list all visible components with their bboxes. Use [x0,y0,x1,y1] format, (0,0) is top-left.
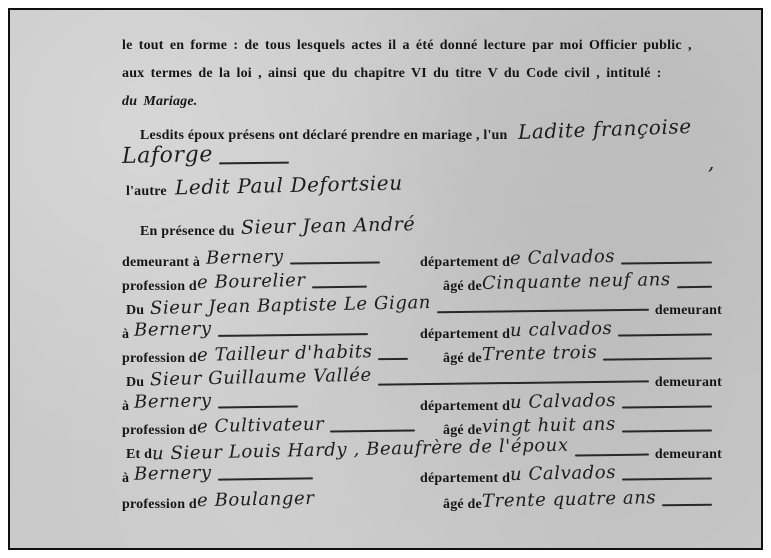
hand-stroke [662,503,712,506]
spouse2-name-handwriting: Ledit Paul Defortsieu [175,171,403,200]
hand-stroke [622,405,712,408]
witness1-age-handwriting: Cinquante neuf ans [482,269,671,294]
hand-stroke [218,405,298,408]
profession-label: profession d [122,423,197,439]
witness3-residence-handwriting: Bernery [134,390,212,413]
presence-label: En présence du [140,224,235,240]
spouse1-comma-handwriting: , [708,150,714,174]
document-scan: le tout en forme : de tous lesquels acte… [8,8,763,550]
witness3-name-line: Du Sieur Guillaume Vallée demeurant [126,370,722,396]
witness1-departement-handwriting: e Calvados [510,246,616,269]
declaration-label: Lesdits époux présens ont déclaré prendr… [140,128,508,143]
witness4-age-handwriting: Trente quatre ans [482,487,657,512]
a-label: à [122,327,129,343]
departement-label: département d [420,255,510,271]
spouse1-surname-handwriting: Laforge [122,142,213,169]
age-label: âgé de [443,279,482,295]
witness2-profession-handwriting: e Tailleur d'habits [197,341,373,366]
preamble-line-2: aux termes de la loi , ainsi que du chap… [122,66,662,82]
witness4-profession-handwriting: e Boulanger [197,488,315,511]
profession-label: profession d [122,351,197,367]
hand-stroke [618,333,712,336]
a-label: à [122,471,129,487]
departement-label: département d [420,399,510,415]
witness3-departement-handwriting: u Calvados [510,390,616,413]
departement-label: département d [420,471,510,487]
witness4-profession-line: profession d e Boulanger âgé de Trente q… [122,492,718,518]
hand-stroke [218,477,313,480]
witness3-age-handwriting: vingt huit ans [482,414,616,438]
du-label: Du [126,375,144,391]
hand-stroke [575,453,649,456]
et-d-label: Et d [126,447,152,463]
witness1-profession-handwriting: e Bourelier [197,270,306,293]
witness2-age-handwriting: Trente trois [482,342,598,365]
witness2-name-line: Du Sieur Jean Baptiste Le Gigan demeuran… [126,298,722,324]
witness1-name-handwriting: Sieur Jean André [240,213,415,239]
witness2-residence-handwriting: Bernery [134,318,212,341]
profession-label: profession d [122,279,197,295]
presence-line: En présence du Sieur Jean André [140,218,736,244]
demeurant-label: demeurant [655,375,722,391]
hand-stroke [677,285,712,287]
hand-stroke [312,285,367,288]
demeurant-label: demeurant [655,447,722,463]
age-label: âgé de [443,351,482,367]
spouse1-surname-line: Laforge , [122,148,718,174]
hand-stroke [378,380,649,385]
hand-stroke [378,357,408,359]
hand-stroke [330,429,415,432]
age-label: âgé de [443,497,482,513]
hand-stroke [622,429,712,432]
hand-stroke [622,477,712,480]
witness2-departement-handwriting: u calvados [510,318,613,341]
preamble-line-3: du Mariage. [122,94,198,110]
autre-label: l'autre [126,184,167,200]
witness3-name-handwriting: Sieur Guillaume Vallée [150,365,372,391]
profession-label: profession d [122,497,197,513]
demeurant-a-label: demeurant à [122,255,200,271]
a-label: à [122,399,129,415]
hand-stroke [219,161,289,164]
hand-stroke [603,357,712,360]
hand-stroke [621,261,712,264]
witness4-residence-handwriting: Bernery [134,462,212,485]
witness2-name-handwriting: Sieur Jean Baptiste Le Gigan [150,292,431,319]
hand-stroke [218,333,368,337]
hand-stroke [290,261,380,264]
spouse1-name-handwriting: Ladite françoise [517,114,691,144]
witness3-profession-handwriting: e Cultivateur [197,414,325,438]
departement-label: département d [420,327,510,343]
witness4-departement-handwriting: u Calvados [510,462,616,485]
preamble-line-1: le tout en forme : de tous lesquels acte… [122,38,692,54]
hand-stroke [437,308,649,313]
declaration-line: Lesdits époux présens ont déclaré prendr… [140,120,736,146]
spouse2-line: l'autre Ledit Paul Defortsieu [126,176,722,202]
du-label: Du [126,303,144,319]
witness1-residence-handwriting: Bernery [206,246,284,269]
witness4-name-line: Et d u Sieur Louis Hardy , Beaufrère de … [126,442,722,468]
demeurant-label: demeurant [655,303,722,319]
